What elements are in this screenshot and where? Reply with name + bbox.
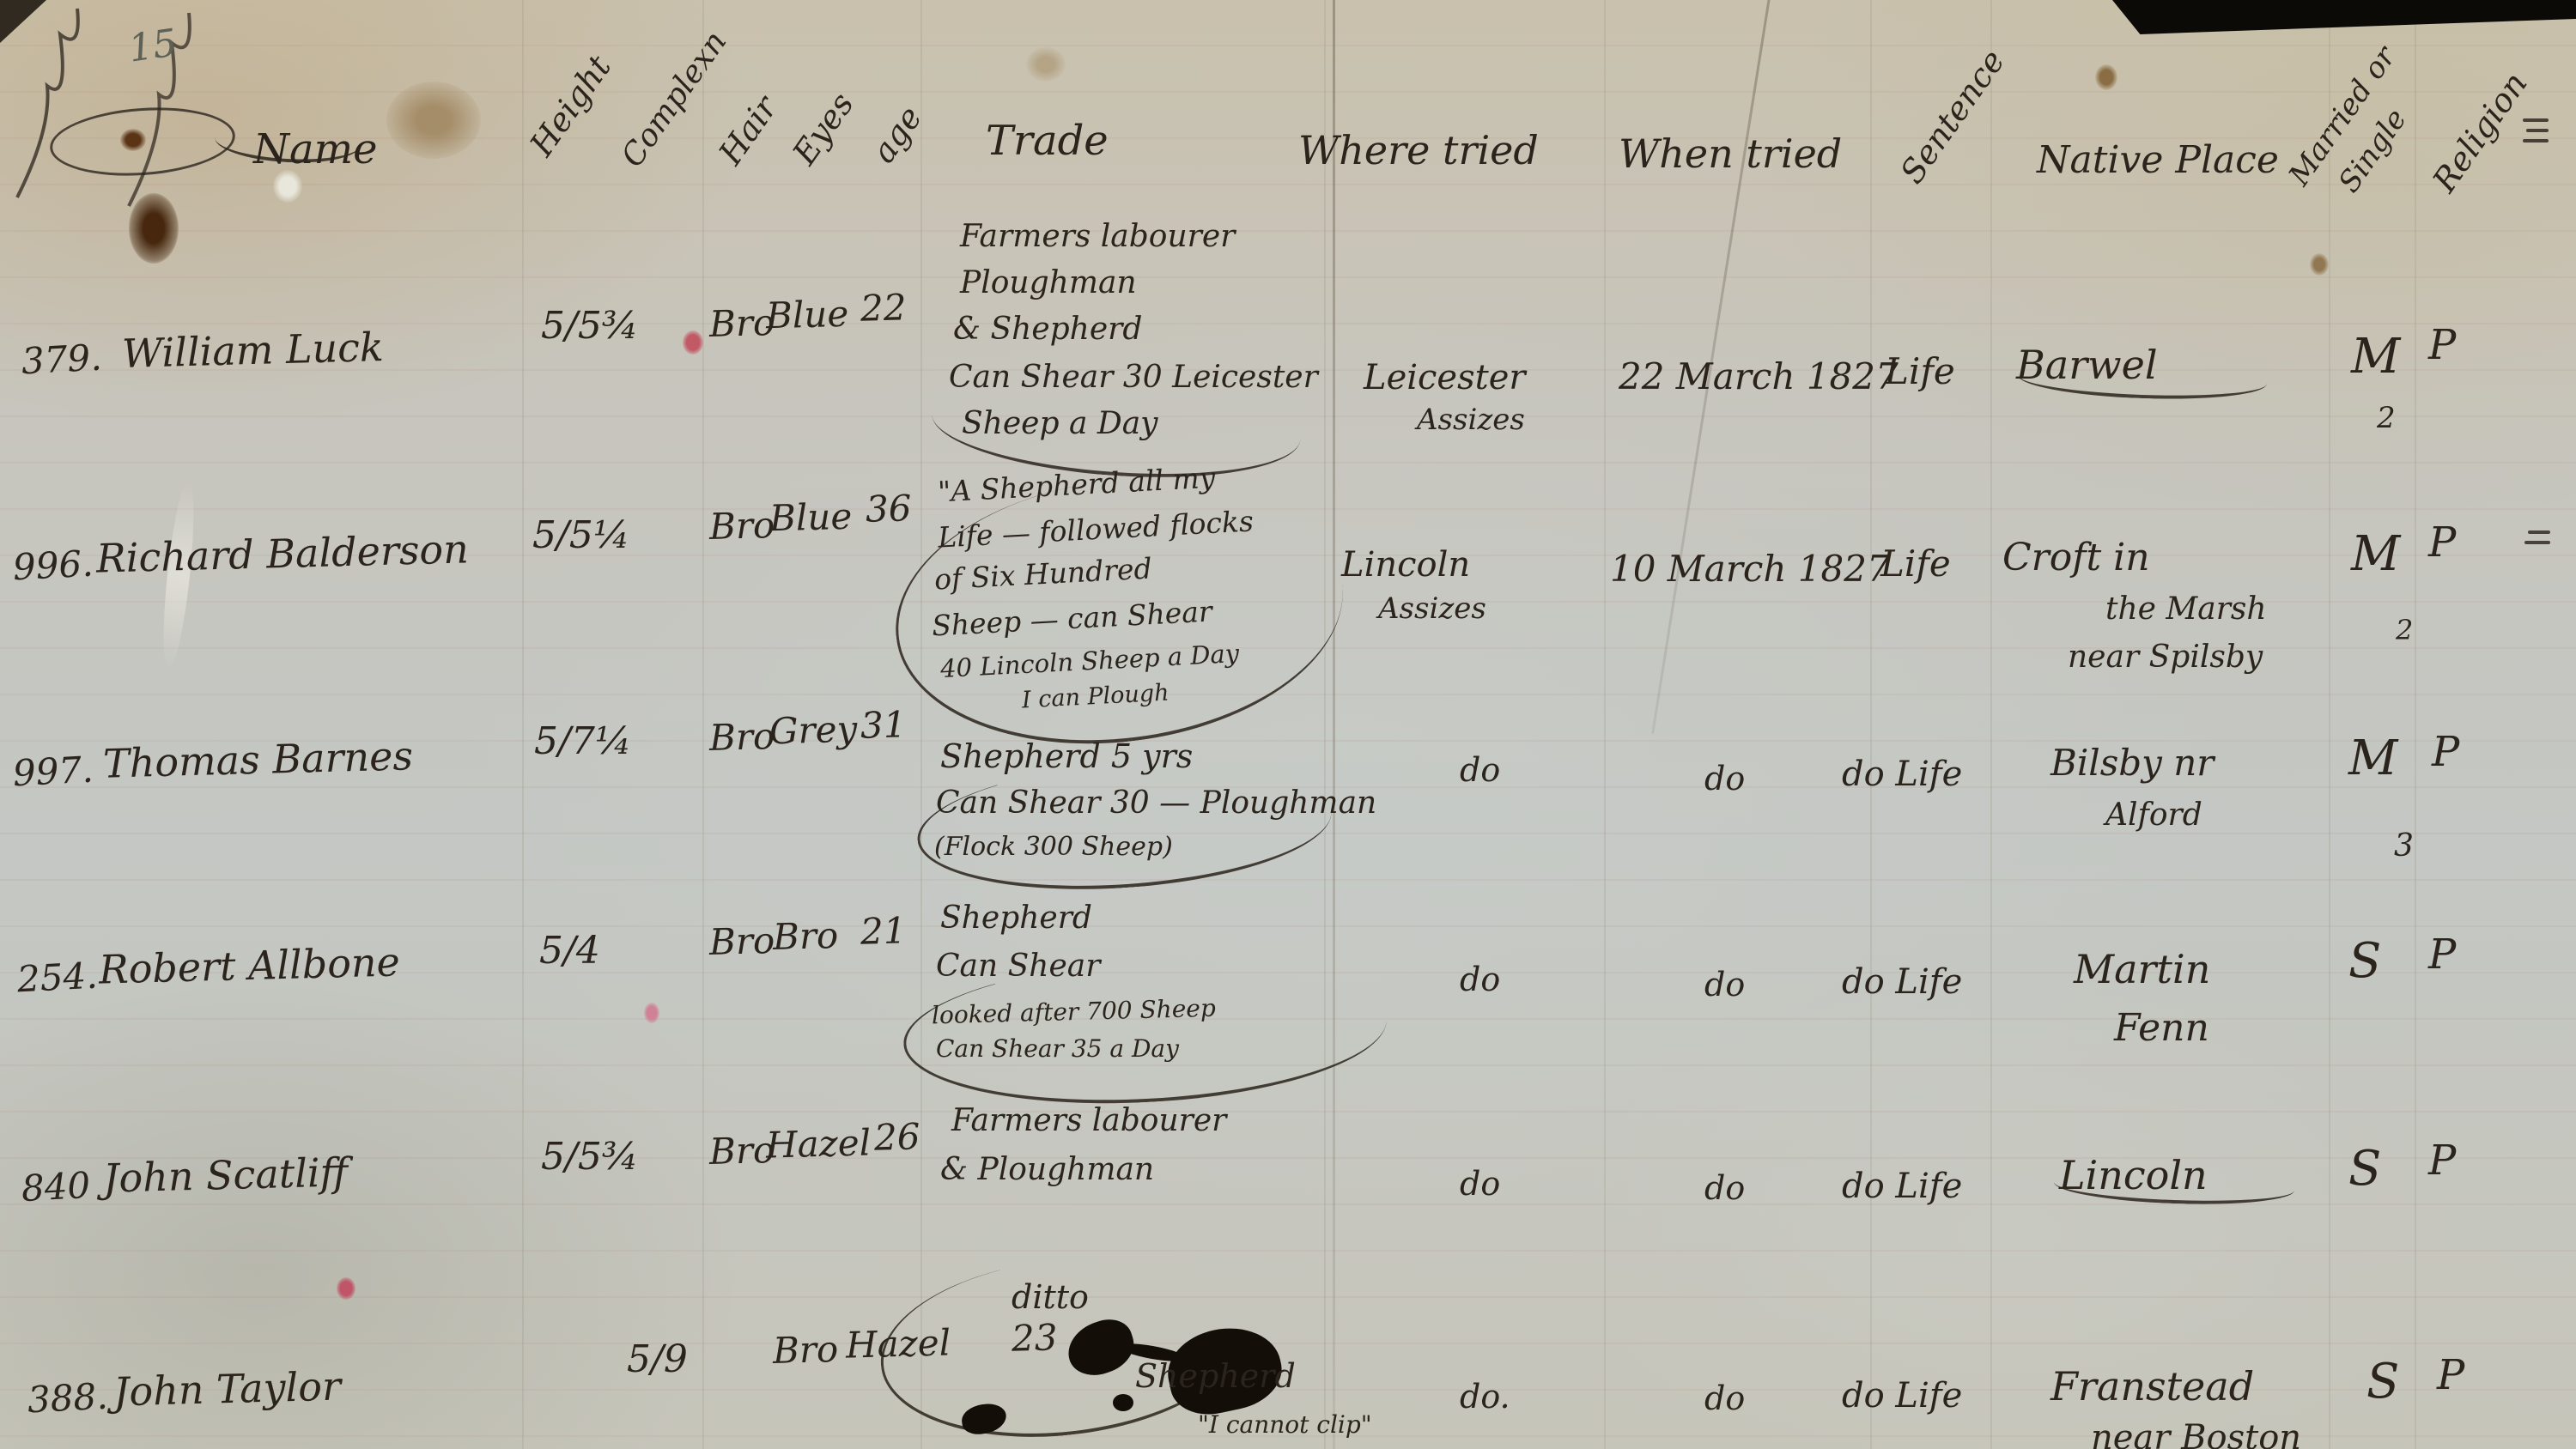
trade-line: Shepherd [1135, 1360, 1296, 1392]
where-tried: do [1460, 963, 1500, 996]
entry-number: 997. [12, 752, 94, 792]
entry-name: Thomas Barnes [102, 736, 413, 783]
margin-mark [2523, 139, 2549, 142]
column-header-height: Height [525, 50, 617, 161]
entry-hair: Bro [708, 718, 775, 756]
native-place: Bilsby nr [2050, 745, 2214, 781]
trade-line: Shepherd [940, 903, 1092, 934]
entry-number: 254. [16, 958, 99, 998]
red-spot [683, 330, 703, 355]
entry-age: 22 [860, 289, 907, 326]
trade-line: "I cannot clip" [1198, 1413, 1372, 1437]
entry-eyes: Grey [769, 712, 857, 750]
where-tried: Assizes [1378, 594, 1486, 623]
where-tried: Lincoln [1341, 548, 1470, 582]
entry-name: William Luck [121, 327, 384, 373]
sentence: do Life [1842, 1169, 1962, 1203]
column-header-eyes: Eyes [787, 87, 859, 170]
trade-line: Farmers labourer [951, 1106, 1226, 1137]
married-single: S [2348, 937, 2381, 985]
entry-eyes: Bro [772, 918, 838, 955]
when-tried: do [1704, 1172, 1745, 1204]
column-header-where-tried: Where tried [1298, 130, 1539, 170]
married-single: S [2366, 1358, 2399, 1406]
flourish [2017, 356, 2267, 403]
sentence: do Life [1842, 965, 1962, 999]
when-tried: 22 March 1827 [1619, 359, 1899, 395]
entry-height: 5/5¾ [541, 307, 638, 345]
when-tried: do [1704, 968, 1745, 1001]
ledger-page: 15 Name Height Complexn Hair Eyes age Tr… [0, 0, 2576, 1449]
married-note: 2 [2396, 616, 2413, 644]
column-rule [2415, 0, 2416, 1449]
entry-height: 5/5¼ [532, 517, 629, 555]
column-header-hair: Hair [714, 91, 783, 170]
column-rule [1870, 0, 1872, 1449]
entry-age: 26 [873, 1119, 920, 1155]
stain [2310, 253, 2329, 276]
native-place: Fenn [2114, 1009, 2209, 1047]
column-rule [702, 0, 704, 1449]
entry-age: 23 [1011, 1319, 1058, 1356]
sentence: do Life [1842, 757, 1962, 791]
entry-height: 5/4 [539, 932, 600, 970]
entry-eyes: Hazel [845, 1325, 951, 1363]
native-place: Franstead [2050, 1367, 2254, 1406]
column-rule [920, 0, 922, 1449]
margin-mark [2526, 129, 2549, 132]
entry-age: 21 [860, 912, 907, 949]
flourish [2053, 1165, 2294, 1208]
where-tried: do [1460, 754, 1500, 786]
entry-height: 5/9 [627, 1341, 688, 1379]
pencil-folio-number: 15 [126, 21, 180, 70]
sentence: Life [1880, 546, 1951, 582]
native-place: Croft in [2002, 539, 2150, 577]
religion: P [2437, 1355, 2464, 1396]
married-single: M [2351, 530, 2400, 579]
trade-line: Farmers labourer [960, 221, 1235, 252]
stain [2095, 64, 2117, 90]
trade-line: Ploughman [960, 268, 1137, 299]
entry-eyes: Hazel [765, 1125, 871, 1163]
ledger-rule-lines [0, 0, 2576, 1449]
religion: P [2428, 934, 2456, 975]
when-tried: do [1704, 762, 1745, 795]
column-header-religion: Religion [2427, 67, 2532, 197]
red-spot [644, 1003, 659, 1023]
native-place: Alford [2105, 800, 2202, 831]
ink-blot [1113, 1394, 1133, 1411]
married-note: 2 [2377, 403, 2396, 433]
page-edge-shadow [2112, 0, 2576, 34]
column-header-when-tried: When tried [1619, 134, 1842, 173]
married-single: S [2348, 1145, 2381, 1193]
married-single: M [2348, 735, 2397, 783]
column-header-trade: Trade [986, 120, 1109, 161]
margin-mark [2523, 118, 2549, 122]
column-rule [522, 0, 524, 1449]
where-tried: do. [1460, 1380, 1510, 1413]
entry-name: Richard Balderson [95, 529, 469, 578]
column-rule [1990, 0, 1992, 1449]
column-rule [1604, 0, 1606, 1449]
entry-number: 379. [21, 340, 103, 380]
married-note: 3 [2394, 831, 2414, 862]
when-tried: do [1704, 1382, 1745, 1415]
married-single: M [2351, 333, 2400, 381]
fold-crease [1333, 0, 1335, 1449]
sentence: do Life [1842, 1379, 1962, 1413]
entry-height: 5/7¼ [534, 723, 631, 761]
column-header-native-place: Native Place [2037, 142, 2279, 179]
column-rule [2329, 0, 2330, 1449]
trade-line: & Shepherd [953, 314, 1142, 345]
native-place: Martin [2074, 949, 2210, 989]
native-place: near Spilsby [2068, 642, 2263, 673]
trade-line: & Ploughman [940, 1155, 1154, 1185]
red-spot [337, 1277, 355, 1300]
religion: P [2432, 731, 2459, 773]
margin-mark [2524, 541, 2550, 544]
entry-eyes: Blue [769, 499, 852, 537]
entry-hair: Bro [708, 507, 775, 545]
when-tried: 10 March 1827 [1610, 551, 1890, 587]
entry-number: 840 [21, 1167, 91, 1207]
entry-name: Robert Allbone [98, 942, 400, 989]
entry-name: John Scatliff [102, 1152, 348, 1197]
religion: P [2428, 522, 2456, 563]
entry-height: 5/5¾ [541, 1138, 638, 1176]
column-header-name: Name [253, 129, 378, 170]
where-tried: Assizes [1417, 405, 1525, 434]
column-rule [1324, 0, 1326, 1449]
entry-hair: Bro [772, 1331, 838, 1369]
entry-age: 31 [860, 706, 907, 743]
entry-number: 996. [12, 546, 94, 586]
entry-eyes: Blue [765, 296, 848, 335]
native-place: near Boston [2091, 1421, 2301, 1449]
entry-age: 36 [865, 490, 912, 527]
religion: P [2428, 324, 2456, 366]
where-tried: do [1460, 1167, 1500, 1200]
column-header-age: age [866, 100, 927, 168]
margin-mark [2528, 530, 2550, 534]
entry-hair: Bro [708, 923, 775, 961]
where-tried: Leicester [1364, 361, 1526, 395]
sentence: Life [1885, 354, 1955, 390]
stain [1026, 47, 1066, 82]
entry-number: 388. [27, 1379, 109, 1419]
stain [386, 82, 481, 159]
religion: P [2428, 1140, 2456, 1181]
entry-name: John Taylor [112, 1367, 341, 1412]
column-header-sentence: Sentence [1895, 45, 2010, 189]
native-place: the Marsh [2105, 594, 2267, 625]
